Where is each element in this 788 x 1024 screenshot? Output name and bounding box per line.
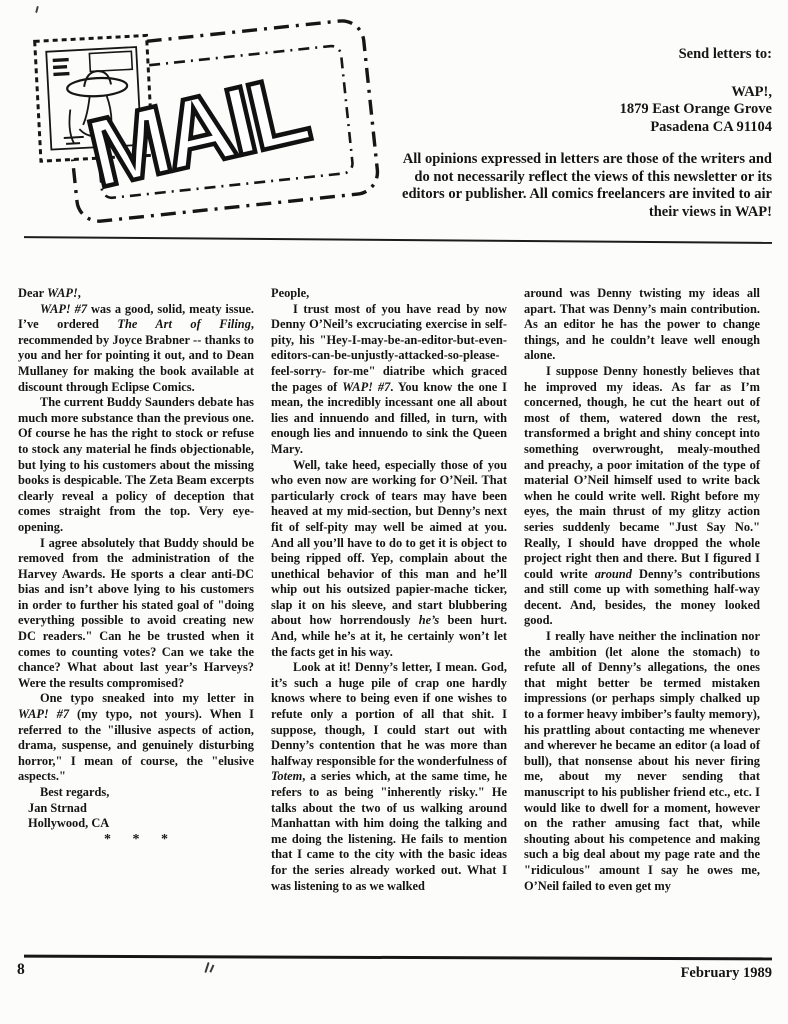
letter1-paragraph: The current Buddy Saunders debate has mu…	[18, 395, 254, 535]
letters-body: Dear WAP!, WAP! #7 was a good, solid, me…	[18, 286, 770, 894]
letter1-signature-location: Hollywood, CA	[18, 816, 254, 832]
letter2-paragraph: Look at it! Denny’s letter, I mean. God,…	[271, 660, 507, 894]
letter1-salutation: Dear WAP!,	[18, 286, 254, 302]
mail-stamp-graphic: MAIL	[12, 8, 390, 238]
letter1-paragraph: I agree absolutely that Buddy should be …	[18, 536, 254, 692]
letter1-signature-name: Jan Strnad	[18, 801, 254, 817]
letter2-paragraph: Well, take heed, especially those of you…	[271, 458, 507, 661]
letter2-salutation: People,	[271, 286, 507, 302]
address-line: 1879 East Orange Grove	[388, 101, 772, 119]
letter2-paragraph-continued: around was Denny twisting my ideas all a…	[524, 286, 760, 364]
opinions-disclaimer: All opinions expressed in letters are th…	[388, 151, 772, 221]
letter1-closing: Best regards,	[18, 785, 254, 801]
address-line: Pasadena CA 91104	[388, 119, 772, 137]
newsletter-letters-page: MAIL Send letters to: WAP!, 1879 East Or…	[0, 0, 788, 1024]
header-divider-rule	[24, 236, 772, 244]
letter2-paragraph: I really have neither the inclination no…	[524, 629, 760, 894]
letter2-paragraph: I suppose Denny honestly believes that h…	[524, 364, 760, 629]
letter1-paragraph: One typo sneaked into my letter in WAP! …	[18, 691, 254, 785]
letter2-paragraph: I trust most of you have read by now Den…	[271, 302, 507, 458]
letter1-paragraph: WAP! #7 was a good, solid, meaty issue. …	[18, 302, 254, 396]
send-letters-label: Send letters to:	[388, 46, 772, 64]
letter-column-3: around was Denny twisting my ideas all a…	[524, 286, 760, 894]
ink-smudge	[204, 962, 209, 973]
issue-date: February 1989	[681, 965, 772, 982]
letter-divider-asterisks: * * *	[18, 832, 254, 848]
footer-rule	[24, 955, 772, 960]
letters-header: Send letters to: WAP!, 1879 East Orange …	[388, 46, 772, 221]
letter-column-1: Dear WAP!, WAP! #7 was a good, solid, me…	[18, 286, 254, 894]
letter-column-2: People, I trust most of you have read by…	[271, 286, 507, 894]
address-line: WAP!,	[388, 84, 772, 102]
mailing-address: WAP!, 1879 East Orange Grove Pasadena CA…	[388, 84, 772, 137]
page-number: 8	[17, 961, 25, 979]
